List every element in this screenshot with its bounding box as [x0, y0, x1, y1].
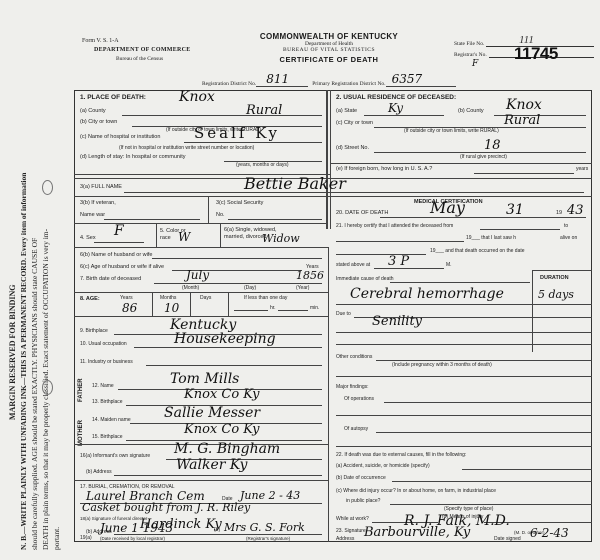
birth-year-value: 1856: [296, 270, 324, 281]
birth-year-hint: (Year): [296, 285, 309, 291]
duration-value: 5 days: [538, 289, 574, 300]
binding-margin: MARGIN RESERVED FOR BINDING N. B.—WRITE …: [2, 90, 72, 550]
date-signed-value: 6-2-43: [530, 527, 569, 539]
physician-signature-label: 23. Signature: [336, 528, 366, 534]
state-title: COMMONWEALTH OF KENTUCKY: [244, 32, 414, 41]
occupation-value: Housekeeping: [174, 332, 276, 346]
birth-day-hint: (Day): [244, 285, 256, 291]
registrar-number-stamp: 11745: [514, 44, 558, 64]
sex-label: 4. Sex: [80, 235, 96, 241]
marital-value: Widow: [262, 233, 300, 244]
mother-birthplace-value: Knox Co Ky: [184, 423, 260, 436]
stay-hint: (years, months or days): [236, 162, 289, 168]
res-street-hint: (If rural give precinct): [460, 154, 507, 160]
certify-to: to: [564, 223, 568, 229]
age-days-label: Days: [200, 295, 211, 301]
death-county-value: Knox: [179, 90, 215, 104]
father-birthplace-label: 13. Birthplace: [92, 399, 123, 405]
accident-label: (a) Accident, suicide, or homicide (spec…: [336, 463, 430, 469]
birthplace-value: Kentucky: [170, 318, 236, 332]
res-city-value: Rural: [504, 114, 540, 127]
full-name-value: Bettie Baker: [244, 176, 346, 192]
age-years-value: 86: [122, 302, 137, 314]
age-less-label: If less than one day: [244, 295, 287, 301]
registrar-label-a: 19(a): [80, 535, 92, 541]
age-hr-label: hr.: [270, 305, 276, 311]
death-date-day: 31: [506, 203, 524, 217]
injury-where-label: (c) Where did injury occur? In or about …: [336, 488, 496, 494]
reg-district-value: 811: [266, 73, 289, 85]
veteran-name-label: Name war: [80, 212, 105, 218]
due-to-value: Senility: [372, 315, 422, 328]
birth-date-label: 7. Birth date of deceased: [80, 276, 141, 282]
hospital-value: Sealf Ky: [194, 126, 280, 141]
certificate-form: Form V. S. 1-A DEPARTMENT OF COMMERCE Bu…: [74, 32, 592, 542]
res-city-label: (c) City or town: [336, 120, 373, 126]
alive-text: alive on: [560, 235, 577, 241]
birth-month-value: July: [186, 269, 209, 281]
registration-line: Registration District No. 811 Primary Re…: [202, 77, 456, 87]
death-city-label: (b) City or town: [80, 119, 117, 125]
duration-label: DURATION: [540, 275, 569, 281]
death-certificate-scan: MARGIN RESERVED FOR BINDING N. B.—WRITE …: [0, 0, 600, 560]
full-name-label: 3(a) FULL NAME: [80, 184, 122, 190]
due-to-label: Due to: [336, 311, 351, 317]
res-state-label: (a) State: [336, 108, 357, 114]
occupation-label: 10. Usual occupation: [80, 341, 127, 347]
operations-label: Of operations: [344, 396, 374, 402]
death-date-label: 20. DATE OF DEATH: [336, 210, 388, 216]
res-county-label: (b) County: [458, 108, 484, 114]
father-name-value: Tom Mills: [170, 372, 239, 386]
other-conditions-label: Other conditions: [336, 354, 372, 360]
death-date-year: 43: [567, 204, 584, 217]
informant-signature-value: M. G. Bingham: [174, 442, 280, 456]
binding-label: MARGIN RESERVED FOR BINDING: [8, 284, 17, 420]
mother-name-label: 14. Maiden name: [92, 417, 131, 423]
date-signed-label: Date signed: [494, 536, 521, 542]
last-saw-text: 19___ that I last saw h: [466, 235, 516, 241]
informant-address-label: (b) Address: [86, 469, 112, 475]
stated-text: stated above at: [336, 262, 370, 268]
birthplace-label: 9. Birthplace: [80, 328, 108, 334]
res-state-value: Ky: [388, 102, 403, 114]
death-date-month: May: [430, 200, 465, 216]
public-place-label: in public place?: [346, 498, 380, 504]
registrar-no-label: Registrar's No.: [454, 52, 487, 58]
state-file-label: State File No.: [454, 41, 484, 47]
reg-district-label: Registration District No.: [202, 81, 256, 87]
other-conditions-hint: (Include pregnancy within 3 months of de…: [392, 362, 492, 368]
bureau-label: Bureau of the Census: [116, 55, 191, 64]
binding-hole-bottom: [42, 380, 53, 395]
autopsy-label: Of autopsy: [344, 426, 368, 432]
while-at-work-label: While at work?: [336, 516, 369, 522]
margin-note-2: should be carefully supplied. AGE should…: [30, 238, 39, 550]
registrar-date-value: June 1 1943: [100, 522, 173, 534]
department-label: DEPARTMENT OF COMMERCE: [94, 46, 191, 55]
specify-place-hint: (Specify type of place): [444, 506, 493, 512]
father-birthplace-value: Knox Co Ky: [184, 388, 260, 401]
immediate-cause-value: Cerebral hemorrhage: [350, 287, 504, 301]
spouse-name-label: 6(b) Name of husband or wife: [80, 252, 152, 258]
hospital-label: (c) Name of hospital or institution: [80, 134, 160, 140]
mother-birthplace-label: 15. Birthplace: [92, 434, 123, 440]
sex-value: F: [114, 224, 124, 238]
form-id: Form V. S. 1-A: [82, 37, 191, 46]
primary-district-value: 6357: [392, 73, 423, 85]
informant-address-value: Walker Ky: [176, 458, 247, 472]
res-street-value: 18: [484, 139, 501, 152]
res-city-hint: (If outside city or town limits, write R…: [404, 128, 499, 134]
spouse-age-label: 6(c) Age of husband or wife if alive: [80, 264, 164, 270]
registrar-mark: F: [472, 60, 478, 69]
physician-address-label: Address: [336, 536, 354, 542]
veteran-label: 3(b) If veteran,: [80, 200, 116, 206]
registrar-signature-hint: (Registrar's signature): [246, 536, 290, 541]
death-occurred-text: 19___ and that death occurred on the dat…: [430, 248, 525, 254]
certify-text: 21. I hereby certify that I attended the…: [336, 223, 453, 229]
age-months-value: 10: [164, 302, 179, 314]
mother-name-value: Sallie Messer: [164, 406, 260, 420]
res-foreign-unit: years: [576, 166, 588, 172]
burial-date-value: June 2 - 43: [240, 490, 300, 501]
primary-district-label: Primary Registration District No.: [312, 81, 385, 87]
informant-signature-label: 16(a) Informant's own signature: [80, 453, 150, 459]
mother-side-label: MOTHER: [78, 420, 84, 446]
res-street-label: (d) Street No.: [336, 145, 369, 151]
res-foreign-label: (e) If foreign born, how long in U. S. A…: [336, 166, 432, 172]
age-label: 8. AGE:: [80, 296, 100, 302]
federal-header: Form V. S. 1-A DEPARTMENT OF COMMERCE Bu…: [82, 37, 191, 64]
res-county-value: Knox: [506, 98, 542, 112]
certificate-title: CERTIFICATE OF DEATH: [244, 55, 414, 64]
ssn-label: 3(c) Social Security: [216, 200, 263, 206]
father-name-label: 12. Name: [92, 383, 114, 389]
color-value: W: [178, 231, 190, 243]
stay-label: (d) Length of stay: In hospital or commu…: [80, 154, 185, 160]
state-header: COMMONWEALTH OF KENTUCKY Department of H…: [244, 32, 414, 64]
residence-heading: 2. USUAL RESIDENCE OF DECEASED:: [336, 94, 456, 101]
death-time-suffix: M.: [446, 262, 452, 268]
death-county-label: (a) County: [80, 108, 106, 114]
funeral-director-value: Casket bought from J. R. Riley: [82, 502, 250, 513]
margin-note-1: N. B.—WRITE PLAINLY WITH UNFADING INK—TH…: [19, 173, 28, 550]
ssn-no-label: No.: [216, 212, 225, 218]
place-of-death-heading: 1. PLACE OF DEATH:: [80, 94, 146, 101]
margin-note-4: portant.: [52, 527, 61, 550]
industry-label: 11. Industry or business: [80, 359, 133, 365]
death-city-value: Rural: [246, 104, 282, 117]
registrar-label-b: (b): [214, 527, 220, 533]
physician-address-value: Barbourville, Ky: [364, 526, 470, 539]
death-year-prefix: 19: [556, 210, 562, 216]
hospital-hint: (If not in hospital or institution write…: [119, 145, 254, 151]
bureau-vital: BUREAU OF VITAL STATISTICS: [244, 47, 414, 53]
binding-hole-top: [42, 180, 53, 195]
death-time-value: 3 P: [388, 255, 409, 268]
birth-month-hint: (Month): [182, 285, 199, 291]
immediate-cause-label: Immediate cause of death: [336, 276, 394, 282]
occurrence-date-label: (b) Date of occurrence: [336, 475, 386, 481]
registrar-date-hint: (Date received by local registrar): [100, 536, 165, 541]
registrar-signature-value: Mrs G. S. Fork: [224, 522, 305, 533]
age-min-label: min.: [310, 305, 319, 311]
father-side-label: FATHER: [78, 378, 84, 402]
external-heading: 22. If death was due to external causes,…: [336, 452, 466, 458]
major-findings-label: Major findings:: [336, 384, 369, 390]
